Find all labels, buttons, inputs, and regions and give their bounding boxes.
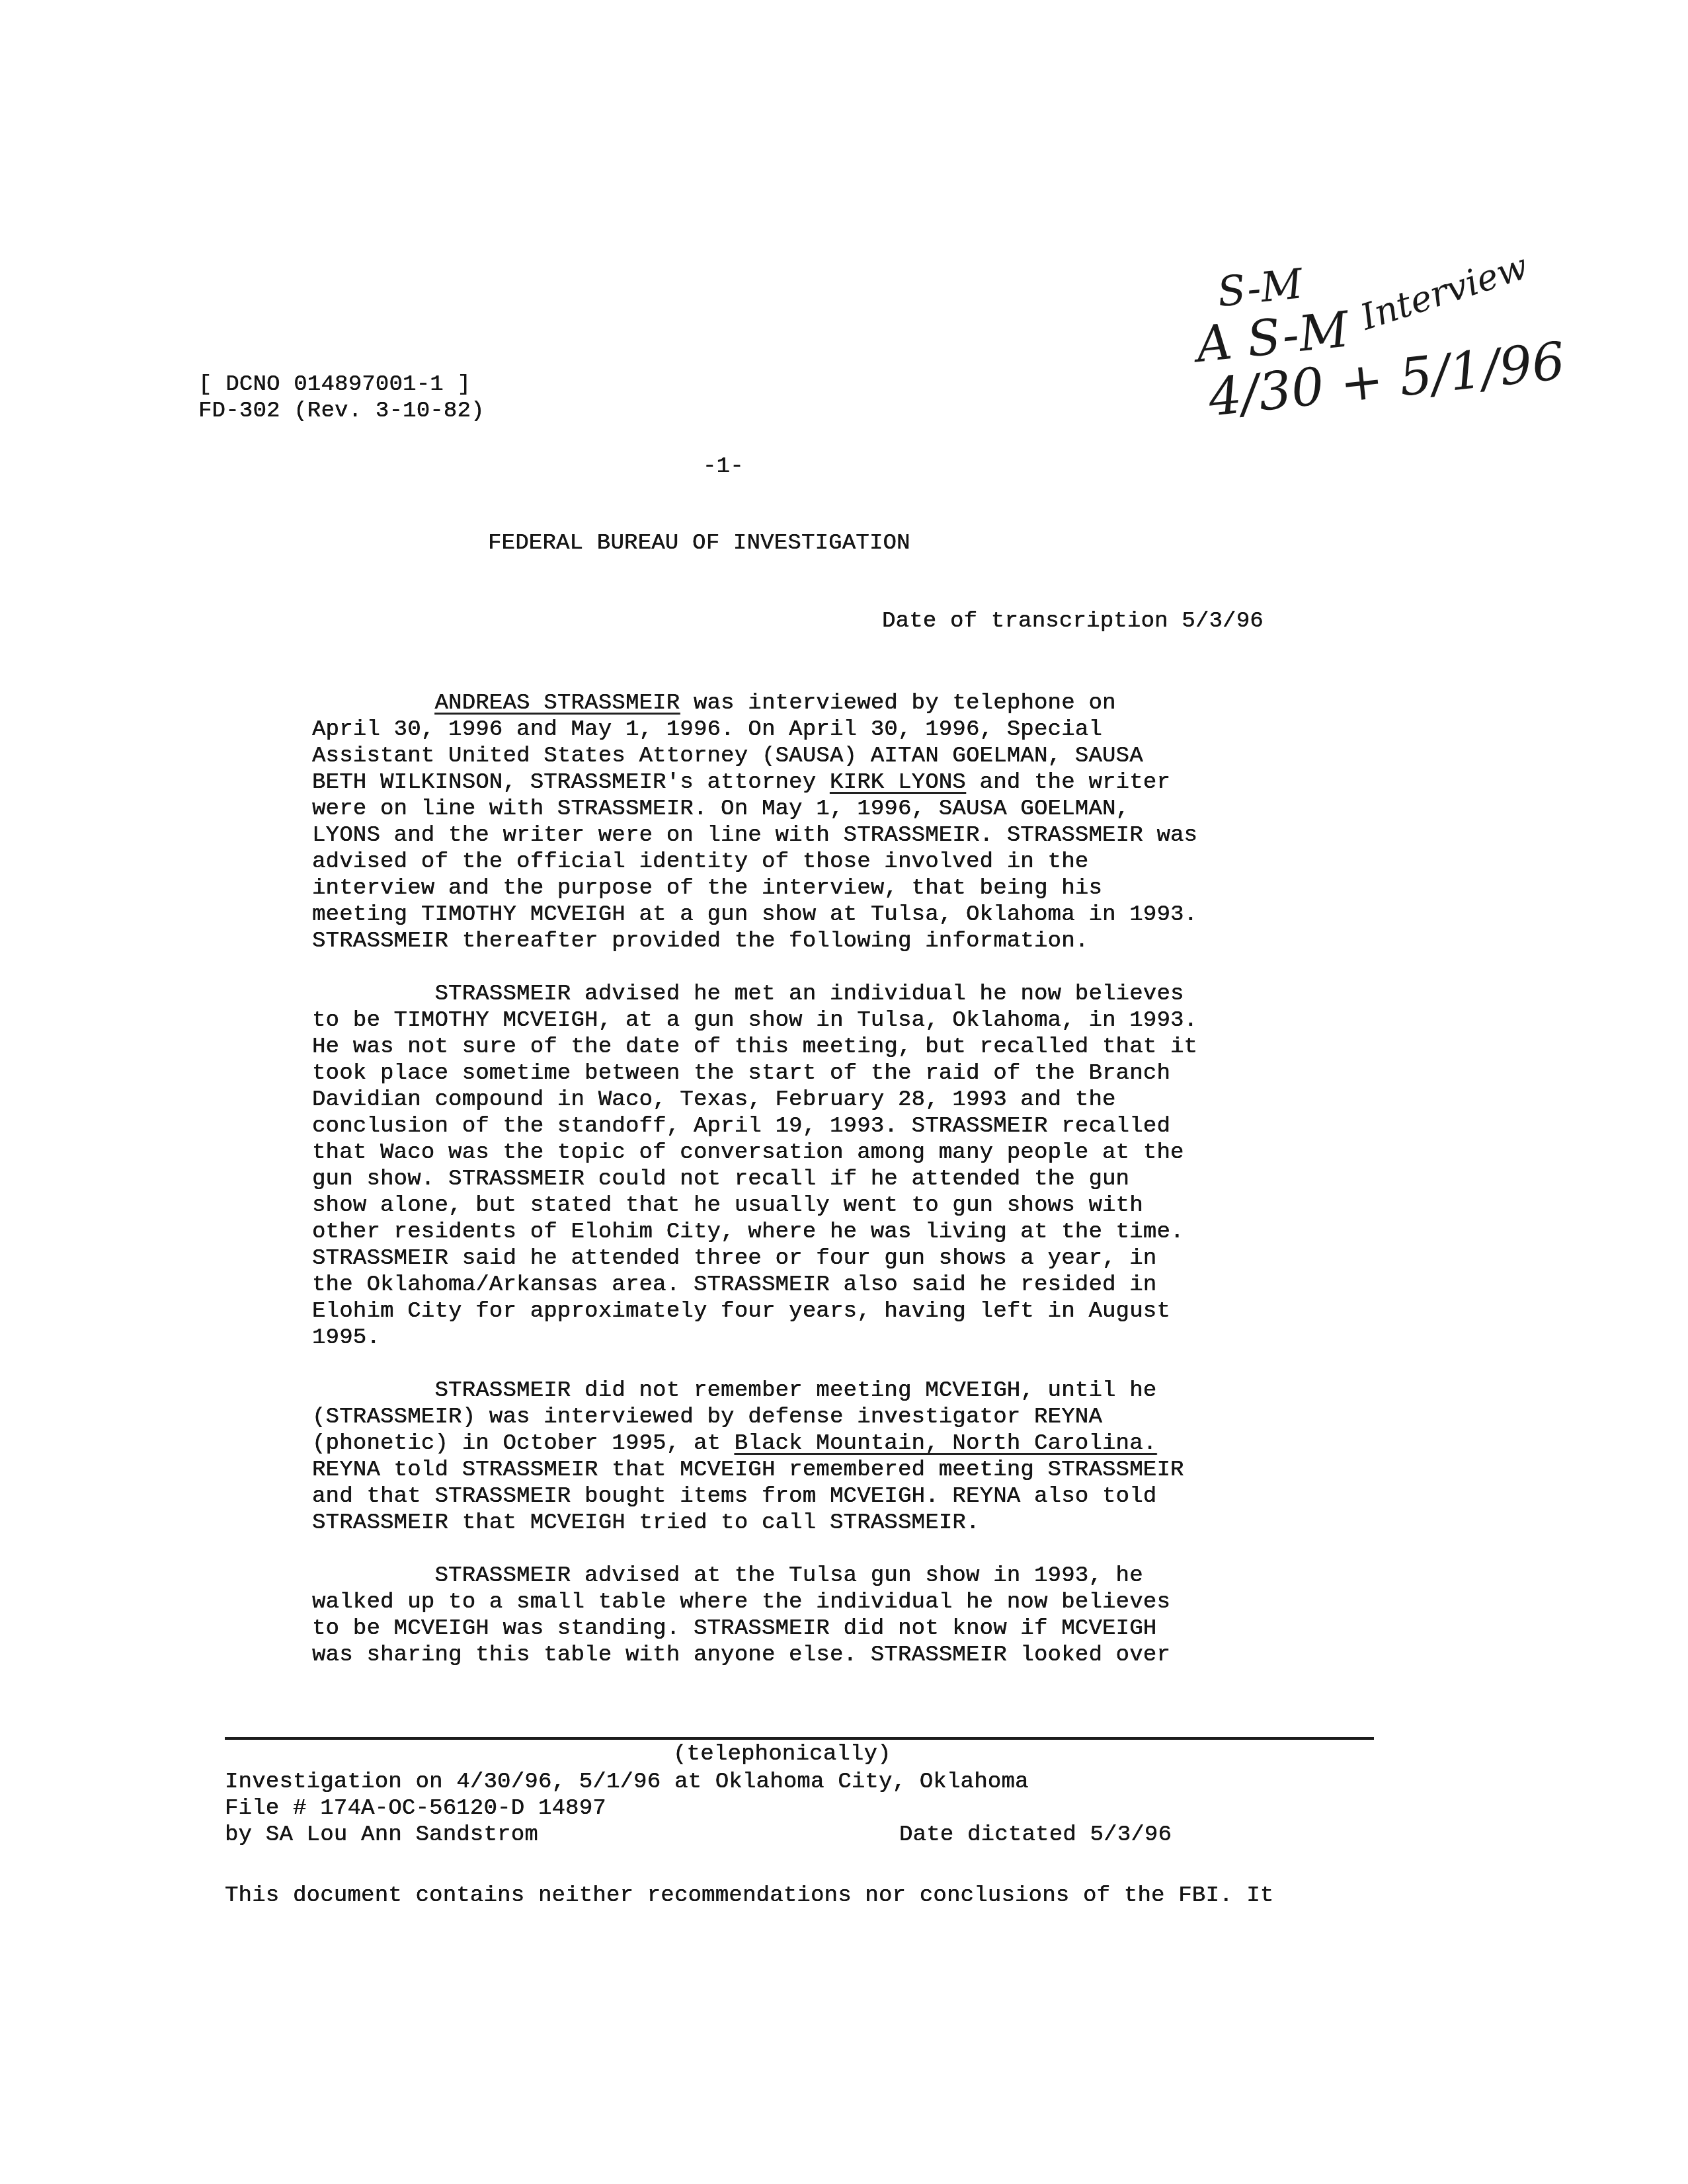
dictated-label: Date dictated [899,1822,1076,1848]
text-line: that Waco was the topic of conversation … [312,1140,1344,1166]
file-number: File # 174A-OC-56120-D 14897 [225,1795,606,1822]
text-line: STRASSMEIR advised he met an individual … [312,981,1344,1007]
text-line: interview and the purpose of the intervi… [312,875,1344,902]
text-line: other residents of Elohim City, where he… [312,1219,1344,1245]
handwritten-annotation: S-M A S-M Interview 4/30 + 5/1/96 [1189,232,1575,442]
dcno-number: [ DCNO 014897001-1 ] [198,371,471,398]
text-line: Davidian compound in Waco, Texas, Februa… [312,1087,1344,1113]
footer-divider [225,1737,1374,1740]
agency-title: FEDERAL BUREAU OF INVESTIGATION [488,530,910,557]
text-line: STRASSMEIR advised at the Tulsa gun show… [312,1563,1344,1589]
text-line: STRASSMEIR that MCVEIGH tried to call ST… [312,1510,1344,1536]
text-line: Elohim City for approximately four years… [312,1298,1344,1325]
text-line: STRASSMEIR said he attended three or fou… [312,1245,1344,1272]
text-line: April 30, 1996 and May 1, 1996. On April… [312,717,1344,743]
text-line: gun show. STRASSMEIR could not recall if… [312,1166,1344,1192]
text-line: 1995. [312,1325,1344,1351]
text-line: show alone, but stated that he usually w… [312,1192,1344,1219]
body-paragraph: ANDREAS STRASSMEIR was interviewed by te… [312,690,1344,955]
disclaimer-text: This document contains neither recommend… [225,1883,1273,1909]
date-dictated: Date dictated 5/3/96 [899,1822,1172,1848]
text-line: walked up to a small table where the ind… [312,1589,1344,1616]
page-number: -1- [703,453,744,480]
text-line: and that STRASSMEIR bought items from MC… [312,1483,1344,1510]
text-line: STRASSMEIR did not remember meeting MCVE… [312,1378,1344,1404]
body-paragraph: STRASSMEIR advised at the Tulsa gun show… [312,1563,1344,1668]
document-body: ANDREAS STRASSMEIR was interviewed by te… [312,690,1344,1668]
fd302-document-page: S-M A S-M Interview 4/30 + 5/1/96 [ DCNO… [0,0,1688,2184]
text-line: was sharing this table with anyone else.… [312,1642,1344,1668]
text-line: advised of the official identity of thos… [312,849,1344,875]
underlined-text: KIRK LYONS [830,770,966,795]
text-line: (STRASSMEIR) was interviewed by defense … [312,1404,1344,1430]
text-line: REYNA told STRASSMEIR that MCVEIGH remem… [312,1457,1344,1483]
text-line: the Oklahoma/Arkansas area. STRASSMEIR a… [312,1272,1344,1298]
body-paragraph: STRASSMEIR did not remember meeting MCVE… [312,1378,1344,1536]
dictated-value: 5/3/96 [1090,1822,1172,1848]
text-line: LYONS and the writer were on line with S… [312,822,1344,849]
handwritten-line-2-suffix: Interview [1355,245,1533,338]
underlined-text: Black Mountain, North Carolina. [735,1431,1157,1456]
transcription-value: 5/3/96 [1182,609,1264,634]
transcription-label: Date of transcription [882,609,1168,634]
text-line: conclusion of the standoff, April 19, 19… [312,1113,1344,1140]
text-line: were on line with STRASSMEIR. On May 1, … [312,796,1344,822]
text-line: ANDREAS STRASSMEIR was interviewed by te… [312,690,1344,717]
text-line: BETH WILKINSON, STRASSMEIR's attorney KI… [312,769,1344,796]
text-line: He was not sure of the date of this meet… [312,1034,1344,1060]
investigation-info: Investigation on 4/30/96, 5/1/96 at Okla… [225,1769,1029,1795]
text-line: meeting TIMOTHY MCVEIGH at a gun show at… [312,902,1344,928]
text-line: Assistant United States Attorney (SAUSA)… [312,743,1344,769]
agent-name: by SA Lou Ann Sandstrom [225,1822,538,1848]
text-line: (phonetic) in October 1995, at Black Mou… [312,1430,1344,1457]
interview-method: (telephonically) [673,1741,891,1768]
body-paragraph: STRASSMEIR advised he met an individual … [312,981,1344,1351]
text-line: to be TIMOTHY MCVEIGH, at a gun show in … [312,1007,1344,1034]
underlined-text: ANDREAS STRASSMEIR [434,691,680,716]
text-line: took place sometime between the start of… [312,1060,1344,1087]
transcription-date: Date of transcription 5/3/96 [882,608,1264,635]
form-number: FD-302 (Rev. 3-10-82) [198,398,485,424]
text-line: to be MCVEIGH was standing. STRASSMEIR d… [312,1616,1344,1642]
text-line: STRASSMEIR thereafter provided the follo… [312,928,1344,955]
